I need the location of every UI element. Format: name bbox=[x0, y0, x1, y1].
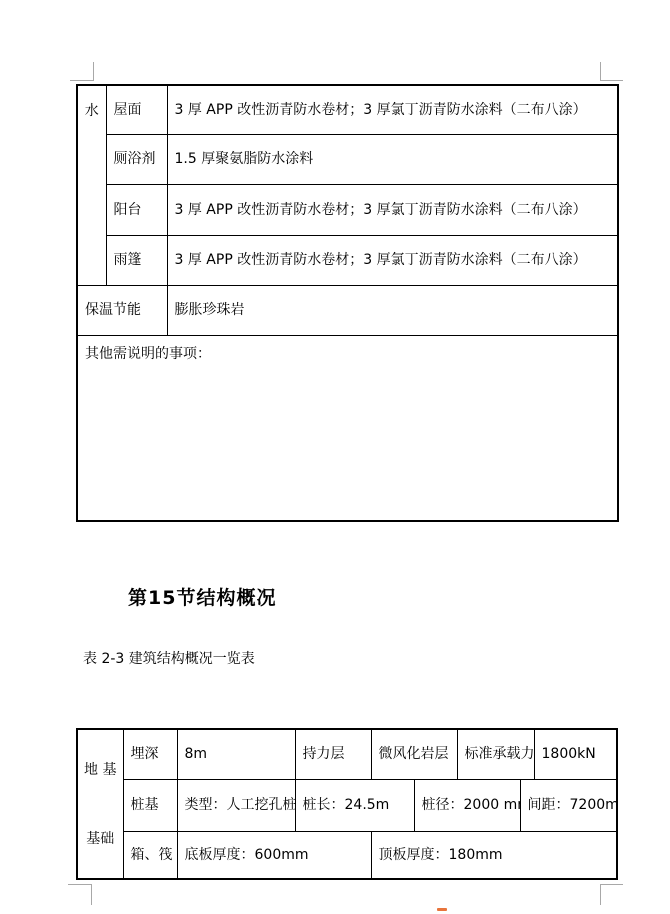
depth-value-cell: 8m bbox=[177, 729, 295, 779]
row-label-canopy: 雨篷 bbox=[106, 235, 167, 285]
document-page: { "page": { "bg": "#ffffff", "crop_mark_… bbox=[0, 0, 670, 914]
foundation-group-label: 地 基 基础 bbox=[78, 761, 123, 848]
row-desc-balcony: 3 厚 APP 改性沥青防水卷材；3 厚氯丁沥青防水涂料（二布八涂） bbox=[167, 184, 618, 235]
table-row: 其他需说明的事项： bbox=[77, 335, 618, 521]
pile-diameter-cell: 桩径：2000 mm bbox=[414, 779, 520, 831]
bearing-stratum-label-cell: 持力层 bbox=[295, 729, 371, 779]
depth-label-cell: 埋深 bbox=[123, 729, 177, 779]
table-row: 厕浴剂 1.5 厚聚氨脂防水涂料 bbox=[77, 134, 618, 184]
orange-dash-artifact bbox=[437, 908, 447, 911]
structure-table: 地 基 基础 埋深 8m 持力层 微风化岩层 标准承载力 1800kN 桩基 类… bbox=[76, 728, 618, 880]
pile-label-cell: 桩基 bbox=[123, 779, 177, 831]
table-row: 桩基 类型：人工挖孔桩 桩长：24.5m 桩径：2000 mm 间距：7200m… bbox=[77, 779, 617, 831]
table-caption: 表 2-3 建筑结构概况一览表 bbox=[83, 648, 255, 668]
table-row: 水 屋面 3 厚 APP 改性沥青防水卷材；3 厚氯丁沥青防水涂料（二布八涂） bbox=[77, 85, 618, 134]
pile-spacing-cell: 间距：7200mm bbox=[520, 779, 617, 831]
row-desc-bathroom: 1.5 厚聚氨脂防水涂料 bbox=[167, 134, 618, 184]
bearing-capacity-value-cell: 1800kN bbox=[534, 729, 617, 779]
row-desc-canopy: 3 厚 APP 改性沥青防水卷材；3 厚氯丁沥青防水涂料（二布八涂） bbox=[167, 235, 618, 285]
row-desc-roof: 3 厚 APP 改性沥青防水卷材；3 厚氯丁沥青防水涂料（二布八涂） bbox=[167, 85, 618, 134]
bearing-stratum-value-cell: 微风化岩层 bbox=[371, 729, 457, 779]
row-label-bathroom: 厕浴剂 bbox=[106, 134, 167, 184]
pile-type-cell: 类型：人工挖孔桩 bbox=[177, 779, 295, 831]
water-group-cell: 水 bbox=[77, 85, 106, 285]
pile-length-cell: 桩长：24.5m bbox=[295, 779, 414, 831]
raft-label-cell: 箱、筏 bbox=[123, 831, 177, 879]
table-row: 保温节能 膨胀珍珠岩 bbox=[77, 285, 618, 335]
bottom-slab-cell: 底板厚度：600mm bbox=[177, 831, 371, 879]
table-row: 雨篷 3 厚 APP 改性沥青防水卷材；3 厚氯丁沥青防水涂料（二布八涂） bbox=[77, 235, 618, 285]
top-slab-cell: 顶板厚度：180mm bbox=[371, 831, 617, 879]
insulation-value-cell: 膨胀珍珠岩 bbox=[167, 285, 618, 335]
waterproofing-table: 水 屋面 3 厚 APP 改性沥青防水卷材；3 厚氯丁沥青防水涂料（二布八涂） … bbox=[76, 84, 619, 522]
other-notes-cell: 其他需说明的事项： bbox=[77, 335, 618, 521]
table-row: 阳台 3 厚 APP 改性沥青防水卷材；3 厚氯丁沥青防水涂料（二布八涂） bbox=[77, 184, 618, 235]
bearing-capacity-label-cell: 标准承载力 bbox=[457, 729, 534, 779]
insulation-label-cell: 保温节能 bbox=[77, 285, 167, 335]
foundation-group-cell: 地 基 基础 bbox=[77, 729, 123, 879]
row-label-balcony: 阳台 bbox=[106, 184, 167, 235]
row-label-roof: 屋面 bbox=[106, 85, 167, 134]
table-row: 地 基 基础 埋深 8m 持力层 微风化岩层 标准承载力 1800kN bbox=[77, 729, 617, 779]
table-row: 箱、筏 底板厚度：600mm 顶板厚度：180mm bbox=[77, 831, 617, 879]
section-heading: 第15节结构概况 bbox=[128, 583, 276, 610]
